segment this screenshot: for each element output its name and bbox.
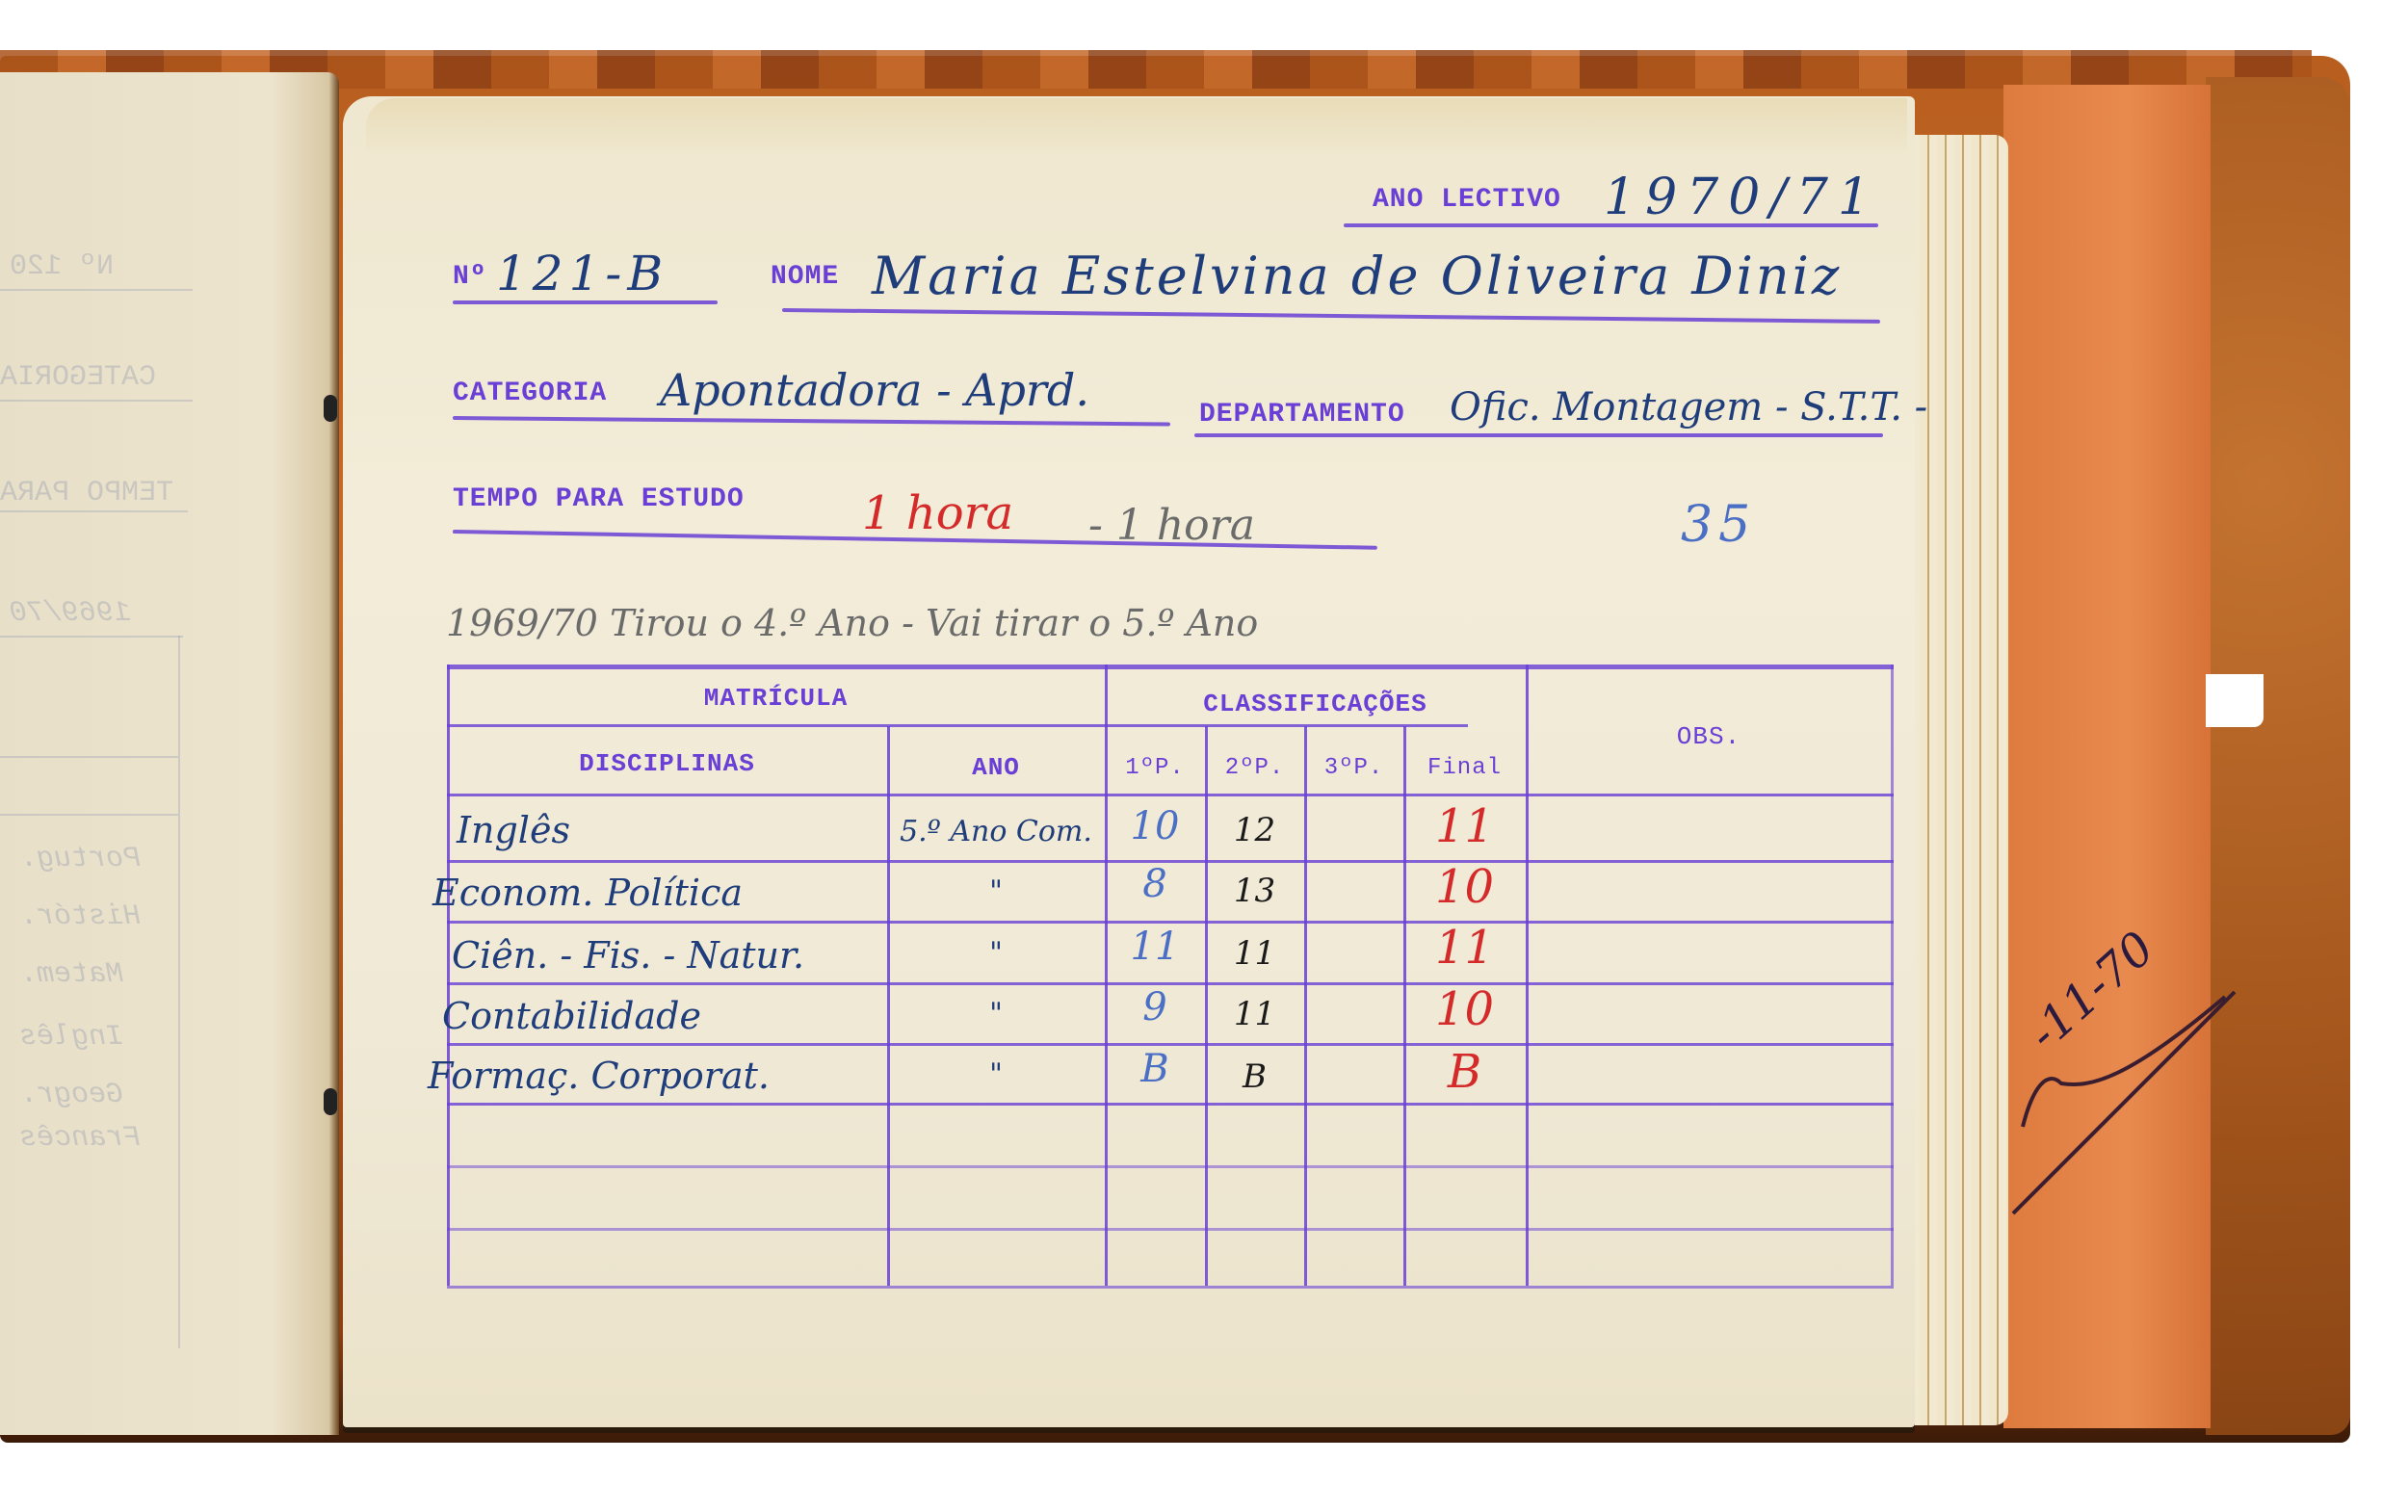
numero-label: Nº: [453, 262, 487, 292]
categoria-value: Apontadora - Aprd.: [660, 364, 1089, 416]
row-5-final: B: [1403, 1045, 1526, 1099]
table-group-divider: [447, 724, 1468, 727]
nome-label: NOME: [771, 262, 839, 292]
row-5-p2: B: [1205, 1057, 1304, 1096]
binder-ring-top: [324, 395, 337, 422]
table-header-divider: [447, 794, 1894, 796]
table-bottom-border: [447, 1286, 1894, 1289]
row-1-p2: 12: [1205, 811, 1304, 849]
ghost-row: Histór.: [19, 900, 141, 933]
table-top-border: [447, 665, 1894, 669]
row-1-final: 11: [1403, 799, 1526, 853]
departamento-underline: [1194, 433, 1883, 437]
nome-value: Maria Estelvina de Oliveira Diniz: [872, 246, 1842, 306]
categoria-label: CATEGORIA: [453, 378, 607, 408]
margin-number: 35: [1681, 496, 1756, 554]
ghost-categoria: CATEGORIA: [0, 361, 156, 394]
row-4-disciplina: Contabilidade: [442, 995, 701, 1037]
row-2-final: 10: [1403, 860, 1526, 914]
numero-value: 121-B: [496, 246, 668, 301]
ghost-row: Francês: [19, 1122, 141, 1155]
row-2-p1: 8: [1105, 862, 1205, 906]
numero-underline: [453, 300, 718, 304]
tempo-value-red: 1 hora: [862, 486, 1013, 540]
tempo-label: TEMPO PARA ESTUDO: [453, 484, 745, 514]
row-3-ano: ": [887, 936, 1105, 970]
ano-lectivo-label: ANO LECTIVO: [1373, 185, 1561, 215]
signature-stroke-icon: [2003, 973, 2254, 1233]
row-4-p1: 9: [1105, 985, 1205, 1030]
row-1-ano: 5.º Ano Com.: [887, 815, 1105, 848]
row-5-p1: B: [1105, 1047, 1205, 1091]
binder-ring-bottom: [324, 1088, 337, 1115]
ano-lectivo-underline: [1344, 223, 1878, 227]
ghost-note: 1969/70: [10, 597, 131, 630]
header-p2: 2ºP.: [1205, 755, 1304, 781]
cover-torn-notch: [2206, 674, 2264, 727]
header-classificacoes: CLASSIFICAÇÕES: [1105, 690, 1526, 718]
ghost-row: Inglês: [19, 1021, 123, 1054]
ghost-row: Geogr.: [19, 1079, 123, 1111]
previous-year-note: 1969/70 Tirou o 4.º Ano - Vai tirar o 5.…: [446, 602, 1258, 644]
ghost-row: Matem.: [19, 958, 123, 991]
row-4-ano: ": [887, 997, 1105, 1030]
row-1-p1: 10: [1105, 804, 1205, 848]
header-final: Final: [1403, 755, 1526, 781]
row-5-ano: ": [887, 1057, 1105, 1091]
row-1-disciplina: Inglês: [457, 809, 570, 851]
row-5-disciplina: Formaç. Corporat.: [428, 1055, 770, 1097]
row-3-disciplina: Ciên. - Fis. - Natur.: [452, 934, 804, 977]
page-stack-edges: [1902, 135, 2008, 1425]
ghost-numero: Nº 120: [10, 250, 114, 283]
departamento-label: DEPARTAMENTO: [1199, 400, 1405, 430]
row-3-p1: 11: [1105, 925, 1205, 969]
ghost-tempo: TEMPO PARA: [0, 477, 173, 509]
header-p3: 3ºP.: [1304, 755, 1403, 781]
card-top-curl: [366, 98, 1907, 156]
header-disciplinas: DISCIPLINAS: [447, 749, 887, 778]
row-3-p2: 11: [1205, 934, 1304, 973]
row-2-ano: ": [887, 874, 1105, 908]
header-obs: OBS.: [1526, 722, 1892, 751]
left-page: Nº 120 CATEGORIA TEMPO PARA 1969/70 Port…: [0, 72, 339, 1435]
ghost-row: Portug.: [19, 843, 141, 875]
grades-table: MATRÍCULA CLASSIFICAÇÕES OBS. DISCIPLINA…: [447, 665, 1894, 1286]
row-2-p2: 13: [1205, 872, 1304, 910]
departamento-value: Ofic. Montagem - S.T.T. -: [1450, 385, 1927, 430]
header-matricula: MATRÍCULA: [447, 684, 1105, 713]
row-3-final: 11: [1403, 921, 1526, 975]
book-cover-top-edge: [0, 50, 2312, 89]
row-2-disciplina: Econom. Política: [432, 872, 743, 914]
header-p1: 1ºP.: [1105, 755, 1205, 781]
ano-lectivo-value: 1970/71: [1604, 169, 1879, 226]
header-ano: ANO: [887, 753, 1105, 782]
row-4-final: 10: [1403, 982, 1526, 1036]
row-4-p2: 11: [1205, 995, 1304, 1033]
